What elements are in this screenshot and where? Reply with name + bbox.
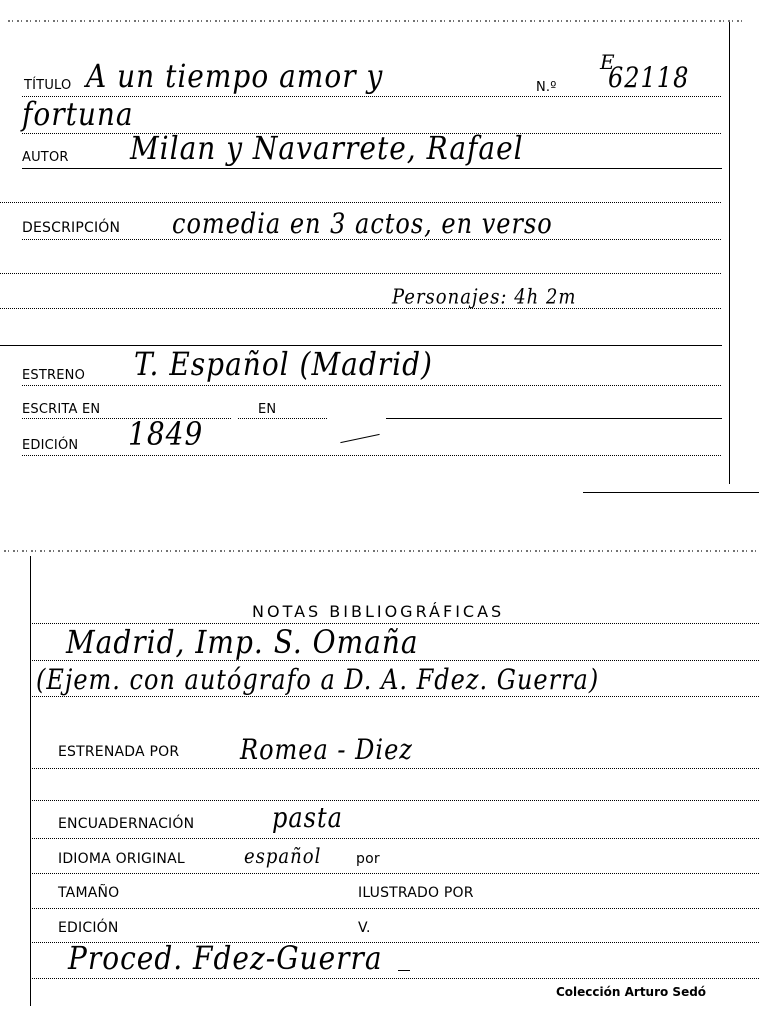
descripcion-line-3 [0, 308, 722, 309]
autor-label: AUTOR [22, 150, 69, 165]
edicion-label: EDICIÓN [22, 438, 78, 453]
procedencia-value: Proced. Fdez-Guerra [68, 939, 383, 977]
ilustrado-por-label: ILUSTRADO POR [358, 885, 474, 901]
notas-line-2 [30, 660, 759, 661]
idioma-original-label: IDIOMA ORIGINAL [58, 851, 185, 867]
v-label: V. [358, 920, 371, 936]
card-top-edge [8, 20, 744, 22]
blank-line [0, 202, 722, 203]
autor-value: Milan y Navarrete, Rafael [130, 129, 524, 167]
pen-mark-2 [398, 970, 410, 971]
notas-line-3 [30, 696, 759, 697]
numero-label: N.º [536, 80, 557, 95]
encuadernacion-label: ENCUADERNACIÓN [58, 816, 194, 832]
encuadernacion-line [30, 838, 759, 839]
idioma-original-line [30, 873, 759, 874]
procedencia-line [30, 978, 759, 979]
pen-mark [340, 434, 379, 443]
idioma-original-value: español [244, 845, 321, 869]
card-right-border [729, 22, 730, 484]
numero-value: 62118 [608, 62, 689, 94]
note-line-2: (Ejem. con autógrafo a D. A. Fdez. Guerr… [36, 664, 599, 696]
encuadernacion-value: pasta [272, 802, 343, 834]
estreno-line [22, 385, 722, 386]
estreno-label: ESTRENO [22, 368, 85, 383]
titulo-value: A un tiempo amor y [86, 57, 383, 95]
en-line [238, 418, 328, 419]
en-line-2 [386, 418, 722, 419]
edicion-label-2: EDICIÓN [58, 920, 119, 936]
escrita-en-label: ESCRITA EN [22, 402, 100, 417]
blank-line [30, 800, 759, 801]
collection-footer: Colección Arturo Sedó [556, 985, 706, 999]
tamano-line [30, 908, 759, 909]
tamano-label: TAMAÑO [58, 885, 119, 901]
edicion-value: 1849 [128, 415, 203, 453]
edicion-line [22, 455, 722, 456]
card-bottom-edge [583, 492, 759, 493]
card-top-edge [4, 550, 756, 552]
note-line-1: Madrid, Imp. S. Omaña [66, 623, 419, 661]
descripcion-line-2 [0, 273, 722, 274]
estrenada-por-line [30, 768, 759, 769]
por-label: por [356, 851, 380, 867]
autor-line [22, 168, 722, 169]
estreno-value: T. Español (Madrid) [134, 345, 433, 383]
descripcion-value: comedia en 3 actos, en verso [172, 208, 553, 240]
estrenada-por-value: Romea - Diez [240, 734, 413, 766]
estrenada-por-label: ESTRENADA POR [58, 744, 179, 760]
descripcion-label: DESCRIPCIÓN [22, 220, 120, 236]
titulo-label: TÍTULO [24, 78, 71, 93]
notas-heading: NOTAS BIBLIOGRÁFICAS [252, 602, 504, 621]
personajes-value: Personajes: 4h 2m [392, 285, 577, 309]
en-label: EN [258, 402, 276, 417]
titulo-value-cont: fortuna [22, 95, 134, 133]
